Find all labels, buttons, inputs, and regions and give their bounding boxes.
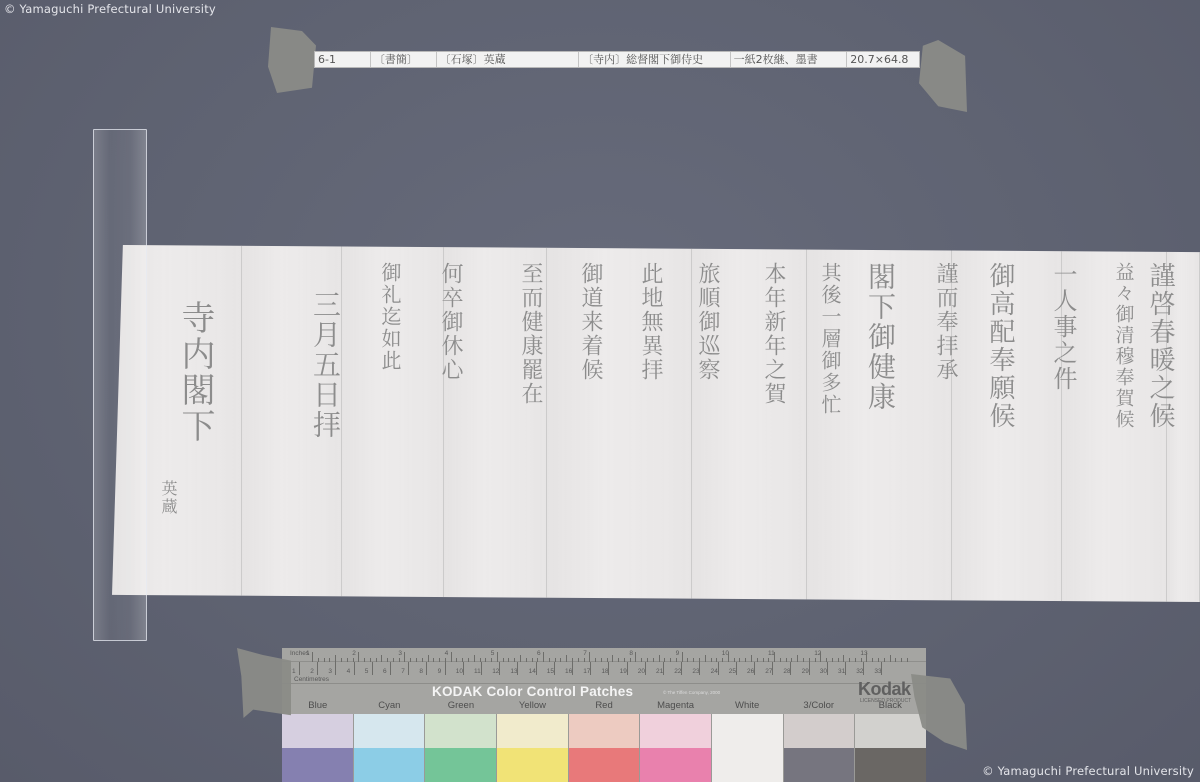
patch-label-red: Red xyxy=(568,700,640,714)
calligraphy-column: 御道来着候 xyxy=(579,262,601,382)
acrylic-weight-bar xyxy=(93,129,147,641)
catalog-number: 6-1 xyxy=(315,52,371,67)
inch-scale: Inches 12345678910111213 xyxy=(282,648,926,662)
patch-label-3color: 3/Color xyxy=(783,700,855,714)
calligraphy-column: 三月五日拝 xyxy=(311,290,339,440)
patch-light xyxy=(497,714,568,748)
patch-light xyxy=(425,714,496,748)
patch-dark xyxy=(425,748,496,782)
patch-cyan xyxy=(354,714,426,782)
patch-dark xyxy=(784,748,855,782)
patch-dark xyxy=(497,748,568,782)
patch-dark xyxy=(354,748,425,782)
ruler: Inches 12345678910111213 123456789101112… xyxy=(282,648,926,684)
inch-tick-label: 9 xyxy=(676,650,680,657)
kodak-logo: Kodak xyxy=(858,679,911,700)
document-type: 〔書簡〕 xyxy=(371,52,437,67)
calligraphy-column: 御高配奉願候 xyxy=(987,262,1013,430)
patch-label-magenta: Magenta xyxy=(640,700,712,714)
patch-green xyxy=(425,714,497,782)
color-control-chart: Inches 12345678910111213 123456789101112… xyxy=(282,648,926,782)
inch-tick-label: 6 xyxy=(537,650,541,657)
calligraphy-column: 謹啓春暖之候 xyxy=(1147,262,1173,430)
calligraphy-column: 益々御清穆奉賀候 xyxy=(1114,262,1133,430)
calligraphy-column: 謹而奉拝承 xyxy=(934,262,956,382)
copyright-watermark-bottom: © Yamaguchi Prefectural University xyxy=(982,764,1194,778)
patch-label-green: Green xyxy=(425,700,497,714)
cm-tick-label: 1 xyxy=(292,668,296,675)
cm-tick-label: 6 xyxy=(383,668,387,675)
signature: 英蔵 xyxy=(160,480,176,516)
cm-tick-label: 11 xyxy=(474,668,481,675)
patch-dark xyxy=(640,748,711,782)
dimensions: 20.7×64.8 xyxy=(847,52,919,67)
cm-tick-label: 7 xyxy=(401,668,405,675)
patch-dark xyxy=(855,748,926,782)
inch-tick-label: 1 xyxy=(306,650,310,657)
patch-yellow xyxy=(497,714,569,782)
calligraphy-column: 其後一層御多忙 xyxy=(820,262,840,416)
calligraphy-column: 一人事之件 xyxy=(1051,262,1075,392)
patch-blue xyxy=(282,714,354,782)
inch-tick-label: 2 xyxy=(352,650,356,657)
patch-red xyxy=(569,714,641,782)
inch-tick-label: 7 xyxy=(583,650,587,657)
patch-light xyxy=(282,714,353,748)
patch-light xyxy=(712,714,783,748)
inch-tick-label: 5 xyxy=(491,650,495,657)
patch-light xyxy=(784,714,855,748)
calligraphy-column: 本年新年之賀 xyxy=(762,262,784,406)
chart-copyright: © The Tiffen Company, 2000 xyxy=(663,690,720,695)
calligraphy-column: 此地無異拝 xyxy=(639,262,661,382)
patch-3color xyxy=(784,714,856,782)
patch-dark xyxy=(282,748,353,782)
catalog-label: 6-1 〔書簡〕 〔石塚〕英蔵 〔寺内〕総督閣下御侍史 一紙2枚継、墨書 20.… xyxy=(314,51,920,68)
cm-tick-label: 3 xyxy=(328,668,332,675)
inch-tick-label: 8 xyxy=(629,650,633,657)
patch-label-cyan: Cyan xyxy=(354,700,426,714)
chart-title: KODAK Color Control Patches xyxy=(432,684,633,699)
patch-magenta xyxy=(640,714,712,782)
cm-tick-label: 2 xyxy=(310,668,314,675)
calligraphy-column: 何卒御休心 xyxy=(439,262,461,382)
recipient: 〔寺内〕総督閣下御侍史 xyxy=(579,52,730,67)
inch-tick-label: 3 xyxy=(398,650,402,657)
fold-panel xyxy=(547,245,692,602)
copyright-watermark-top: © Yamaguchi Prefectural University xyxy=(4,2,216,16)
calligraphy-column: 閣下御健康 xyxy=(866,262,894,412)
patch-light xyxy=(354,714,425,748)
patch-label-white: White xyxy=(711,700,783,714)
patch-dark xyxy=(569,748,640,782)
patch-label-black: Black xyxy=(855,700,927,714)
patch-light xyxy=(569,714,640,748)
cm-tick-label: 9 xyxy=(438,668,442,675)
patch-light xyxy=(640,714,711,748)
cm-tick-label: 8 xyxy=(419,668,423,675)
calligraphy-column: 旅順御巡察 xyxy=(696,262,718,382)
inch-tick-label: 4 xyxy=(445,650,449,657)
patch-white xyxy=(712,714,784,782)
calligraphy-column: 寺内閣下 xyxy=(178,300,212,444)
color-patches xyxy=(282,714,926,782)
patch-light xyxy=(855,714,926,748)
patch-labels: Blue Cyan Green Yellow Red Magenta White… xyxy=(282,700,926,714)
cm-tick-label: 4 xyxy=(347,668,351,675)
patch-label-blue: Blue xyxy=(282,700,354,714)
centimetres-label: Centimetres xyxy=(294,676,329,683)
calligraphy-column: 至而健康罷在 xyxy=(519,262,541,406)
patch-black xyxy=(855,714,926,782)
patch-dark xyxy=(712,748,783,782)
cm-tick-label: 5 xyxy=(365,668,369,675)
physical-format: 一紙2枚継、墨書 xyxy=(731,52,848,67)
calligraphy-column: 御礼迄如此 xyxy=(380,262,400,372)
author: 〔石塚〕英蔵 xyxy=(437,52,580,67)
patch-label-yellow: Yellow xyxy=(497,700,569,714)
